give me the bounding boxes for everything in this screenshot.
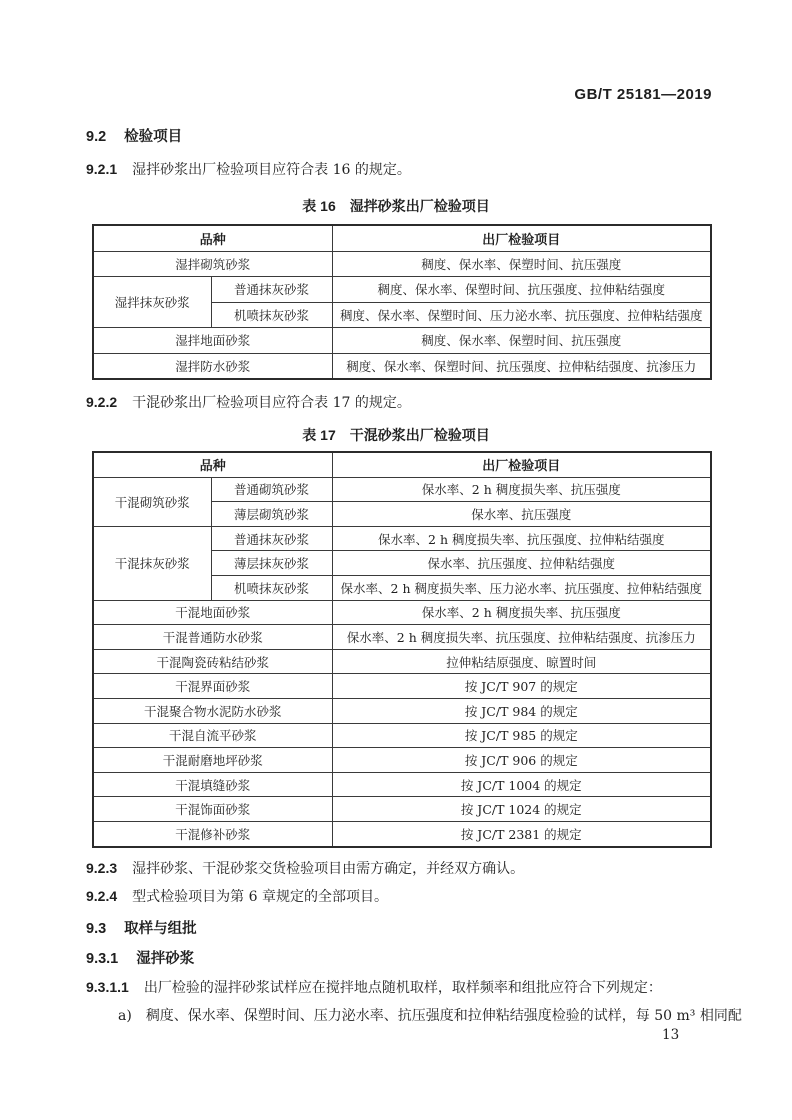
clause-title: 检验项目	[124, 129, 182, 145]
table-cell: 干混地面砂浆	[93, 600, 332, 625]
clause-number: 9.2	[86, 129, 106, 145]
clause-9-2-3: 9.2.3湿拌砂浆、干混砂浆交货检验项目由需方确定，并经双方确认。	[86, 858, 524, 878]
table-row: 湿拌防水砂浆稠度、保水率、保塑时间、抗压强度、拉伸粘结强度、抗渗压力	[93, 353, 711, 379]
table-cell: 湿拌防水砂浆	[93, 353, 332, 379]
table-row: 干混耐磨地坪砂浆按 JC/T 906 的规定	[93, 748, 711, 773]
table-header-row: 品种出厂检验项目	[93, 452, 711, 477]
list-item-marker: a)	[118, 1008, 132, 1024]
clause-number: 9.3.1	[86, 951, 118, 967]
table-cell: 保水率、抗压强度	[332, 502, 711, 527]
table-row: 湿拌地面砂浆稠度、保水率、保塑时间、抗压强度	[93, 328, 711, 354]
table-cell: 干混填缝砂浆	[93, 772, 332, 797]
clause-number: 9.2.2	[86, 394, 117, 410]
clause-9-2-1: 9.2.1湿拌砂浆出厂检验项目应符合表 16 的规定。	[86, 159, 411, 179]
table-cell: 拉伸粘结原强度、晾置时间	[332, 649, 711, 674]
table-cell: 按 JC/T 907 的规定	[332, 674, 711, 699]
table-cell: 干混普通防水砂浆	[93, 625, 332, 650]
clause-title: 取样与组批	[124, 921, 197, 937]
clause-number: 9.3	[86, 921, 106, 937]
table-header-cell: 品种	[93, 225, 332, 251]
list-item-a: a)稠度、保水率、保塑时间、压力泌水率、抗压强度和拉伸粘结强度检验的试样，每 5…	[118, 1005, 742, 1025]
table-cell: 保水率、抗压强度、拉伸粘结强度	[332, 551, 711, 576]
clause-9-2-2: 9.2.2干混砂浆出厂检验项目应符合表 17 的规定。	[86, 392, 411, 412]
table-cell: 机喷抹灰砂浆	[211, 575, 332, 600]
table-cell: 干混耐磨地坪砂浆	[93, 748, 332, 773]
clause-heading-9-3-1: 9.3.1湿拌砂浆	[86, 947, 194, 968]
table-row: 干混陶瓷砖粘结砂浆拉伸粘结原强度、晾置时间	[93, 649, 711, 674]
table-cell: 干混修补砂浆	[93, 821, 332, 846]
table-cell: 稠度、保水率、保塑时间、抗压强度、拉伸粘结强度	[332, 277, 711, 303]
table-cell: 干混饰面砂浆	[93, 797, 332, 822]
table-cell: 干混砌筑砂浆	[93, 477, 211, 526]
table-cell: 干混聚合物水泥防水砂浆	[93, 698, 332, 723]
table-cell: 稠度、保水率、保塑时间、压力泌水率、抗压强度、拉伸粘结强度	[332, 302, 711, 328]
table-cell: 保水率、2 h 稠度损失率、压力泌水率、抗压强度、拉伸粘结强度	[332, 575, 711, 600]
table-row: 干混界面砂浆按 JC/T 907 的规定	[93, 674, 711, 699]
table-row: 干混砌筑砂浆普通砌筑砂浆保水率、2 h 稠度损失率、抗压强度	[93, 477, 711, 502]
table-cell: 按 JC/T 1004 的规定	[332, 772, 711, 797]
table-cell: 干混界面砂浆	[93, 674, 332, 699]
table-cell: 薄层抹灰砂浆	[211, 551, 332, 576]
clause-heading-9-3: 9.3取样与组批	[86, 917, 197, 938]
table-cell: 普通抹灰砂浆	[211, 526, 332, 551]
table-row: 干混普通防水砂浆保水率、2 h 稠度损失率、抗压强度、拉伸粘结强度、抗渗压力	[93, 625, 711, 650]
clause-title: 湿拌砂浆	[136, 951, 194, 967]
page-number: 13	[662, 1027, 679, 1043]
table-header-cell: 品种	[93, 452, 332, 477]
clause-number: 9.2.1	[86, 161, 117, 177]
table-cell: 按 JC/T 984 的规定	[332, 698, 711, 723]
table-cell: 保水率、2 h 稠度损失率、抗压强度、拉伸粘结强度、抗渗压力	[332, 625, 711, 650]
clause-number: 9.2.3	[86, 860, 117, 876]
document-code: GB/T 25181—2019	[574, 86, 712, 103]
table-cell: 干混抹灰砂浆	[93, 526, 211, 600]
clause-9-2-4: 9.2.4型式检验项目为第 6 章规定的全部项目。	[86, 886, 388, 906]
table-cell: 稠度、保水率、保塑时间、抗压强度、拉伸粘结强度、抗渗压力	[332, 353, 711, 379]
table-cell: 稠度、保水率、保塑时间、抗压强度	[332, 251, 711, 277]
list-item-text: 稠度、保水率、保塑时间、压力泌水率、抗压强度和拉伸粘结强度检验的试样，每 50 …	[146, 1008, 742, 1024]
clause-text: 湿拌砂浆、干混砂浆交货检验项目由需方确定，并经双方确认。	[132, 861, 524, 877]
table-cell: 湿拌砌筑砂浆	[93, 251, 332, 277]
table-cell: 机喷抹灰砂浆	[211, 302, 332, 328]
table-cell: 薄层砌筑砂浆	[211, 502, 332, 527]
table-cell: 干混陶瓷砖粘结砂浆	[93, 649, 332, 674]
table-row: 干混自流平砂浆按 JC/T 985 的规定	[93, 723, 711, 748]
clause-number: 9.2.4	[86, 888, 117, 904]
table-cell: 保水率、2 h 稠度损失率、抗压强度、拉伸粘结强度	[332, 526, 711, 551]
table-cell: 湿拌抹灰砂浆	[93, 277, 211, 328]
table-header-cell: 出厂检验项目	[332, 225, 711, 251]
table-row: 湿拌砌筑砂浆稠度、保水率、保塑时间、抗压强度	[93, 251, 711, 277]
table-row: 干混地面砂浆保水率、2 h 稠度损失率、抗压强度	[93, 600, 711, 625]
clause-text: 型式检验项目为第 6 章规定的全部项目。	[132, 889, 388, 905]
clause-number: 9.3.1.1	[86, 979, 129, 995]
table-cell: 按 JC/T 906 的规定	[332, 748, 711, 773]
table-cell: 保水率、2 h 稠度损失率、抗压强度	[332, 600, 711, 625]
table-cell: 按 JC/T 1024 的规定	[332, 797, 711, 822]
table-cell: 按 JC/T 2381 的规定	[332, 821, 711, 846]
clause-text: 出厂检验的湿拌砂浆试样应在搅拌地点随机取样，取样频率和组批应符合下列规定：	[144, 980, 662, 996]
clause-heading-9-2: 9.2检验项目	[86, 125, 182, 146]
table-17-dry-mix-mortar: 品种出厂检验项目干混砌筑砂浆普通砌筑砂浆保水率、2 h 稠度损失率、抗压强度薄层…	[92, 451, 712, 848]
table-row: 干混填缝砂浆按 JC/T 1004 的规定	[93, 772, 711, 797]
table-row: 干混抹灰砂浆普通抹灰砂浆保水率、2 h 稠度损失率、抗压强度、拉伸粘结强度	[93, 526, 711, 551]
table-header-cell: 出厂检验项目	[332, 452, 711, 477]
table-header-row: 品种出厂检验项目	[93, 225, 711, 251]
table-16-wet-mix-mortar: 品种出厂检验项目湿拌砌筑砂浆稠度、保水率、保塑时间、抗压强度湿拌抹灰砂浆普通抹灰…	[92, 224, 712, 380]
table-row: 干混饰面砂浆按 JC/T 1024 的规定	[93, 797, 711, 822]
clause-text: 干混砂浆出厂检验项目应符合表 17 的规定。	[132, 395, 411, 411]
table-cell: 湿拌地面砂浆	[93, 328, 332, 354]
table-cell: 稠度、保水率、保塑时间、抗压强度	[332, 328, 711, 354]
table-cell: 干混自流平砂浆	[93, 723, 332, 748]
clause-9-3-1-1: 9.3.1.1出厂检验的湿拌砂浆试样应在搅拌地点随机取样，取样频率和组批应符合下…	[86, 977, 662, 997]
table-cell: 普通砌筑砂浆	[211, 477, 332, 502]
document-page: GB/T 25181—2019 9.2检验项目 9.2.1湿拌砂浆出厂检验项目应…	[0, 0, 792, 1120]
table-cell: 普通抹灰砂浆	[211, 277, 332, 303]
table-cell: 保水率、2 h 稠度损失率、抗压强度	[332, 477, 711, 502]
clause-text: 湿拌砂浆出厂检验项目应符合表 16 的规定。	[132, 162, 411, 178]
table16-caption: 表 16 湿拌砂浆出厂检验项目	[0, 196, 792, 216]
table-row: 干混聚合物水泥防水砂浆按 JC/T 984 的规定	[93, 698, 711, 723]
table17-caption: 表 17 干混砂浆出厂检验项目	[0, 425, 792, 445]
table-cell: 按 JC/T 985 的规定	[332, 723, 711, 748]
table-row: 干混修补砂浆按 JC/T 2381 的规定	[93, 821, 711, 846]
table-row: 湿拌抹灰砂浆普通抹灰砂浆稠度、保水率、保塑时间、抗压强度、拉伸粘结强度	[93, 277, 711, 303]
